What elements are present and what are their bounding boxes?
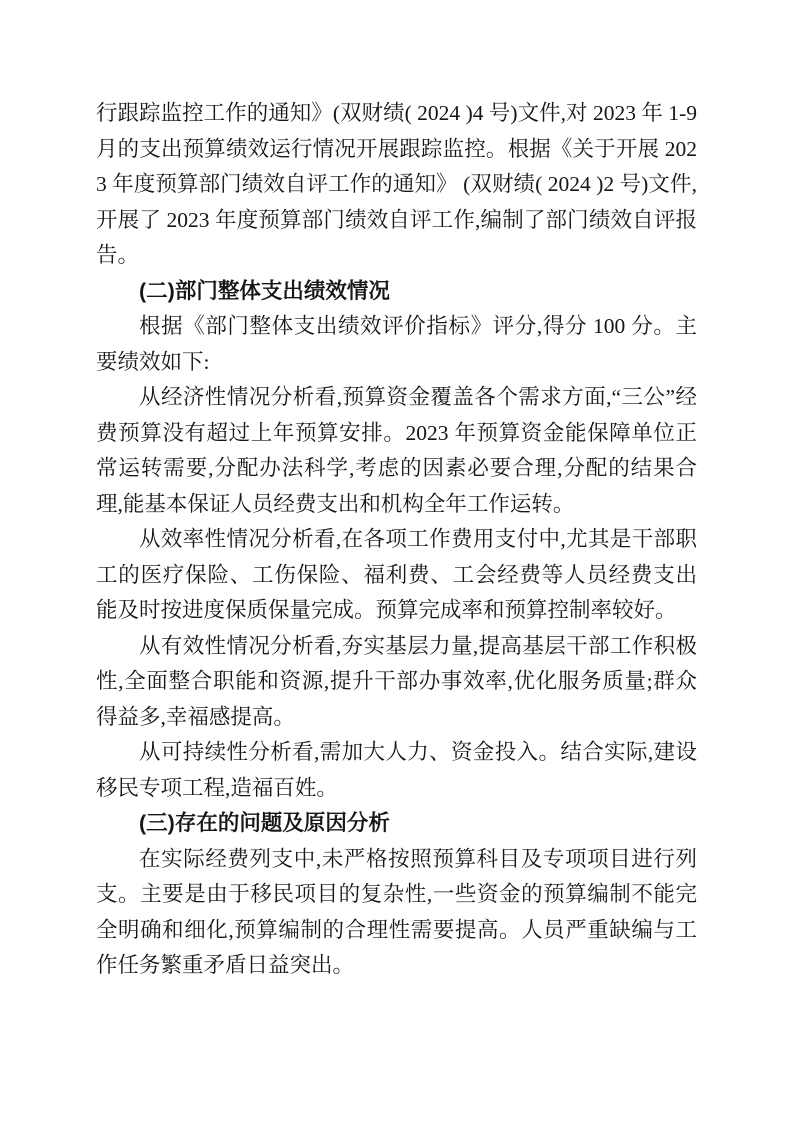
paragraph-efficiency-analysis: 从效率性情况分析看,在各项工作费用支付中,尤其是干部职工的医疗保险、工伤保险、福…	[96, 522, 697, 629]
heading-section-3-problems-and-causes: (三)存在的问题及原因分析	[96, 806, 697, 842]
page-content: 行跟踪监控工作的通知》(双财绩( 2024 )4 号)文件,对 2023 年 1…	[96, 96, 697, 984]
paragraph-sustainability-analysis: 从可持续性分析看,需加大人力、资金投入。结合实际,建设移民专项工程,造福百姓。	[96, 735, 697, 806]
paragraph-effectiveness-analysis: 从有效性情况分析看,夯实基层力量,提高基层干部工作积极性,全面整合职能和资源,提…	[96, 629, 697, 736]
paragraph-problems-analysis: 在实际经费列支中,未严格按照预算科目及专项项目进行列支。主要是由于移民项目的复杂…	[96, 842, 697, 984]
document-page: 行跟踪监控工作的通知》(双财绩( 2024 )4 号)文件,对 2023 年 1…	[0, 0, 793, 1122]
paragraph-score-100: 根据《部门整体支出绩效评价指标》评分,得分 100 分。主要绩效如下:	[96, 309, 697, 380]
heading-section-2-overall-expenditure-performance: (二)部门整体支出绩效情况	[96, 274, 697, 310]
paragraph-economy-analysis: 从经济性情况分析看,预算资金覆盖各个需求方面,“三公”经费预算没有超过上年预算安…	[96, 380, 697, 522]
paragraph-tracking-monitoring-continuation: 行跟踪监控工作的通知》(双财绩( 2024 )4 号)文件,对 2023 年 1…	[96, 96, 697, 274]
